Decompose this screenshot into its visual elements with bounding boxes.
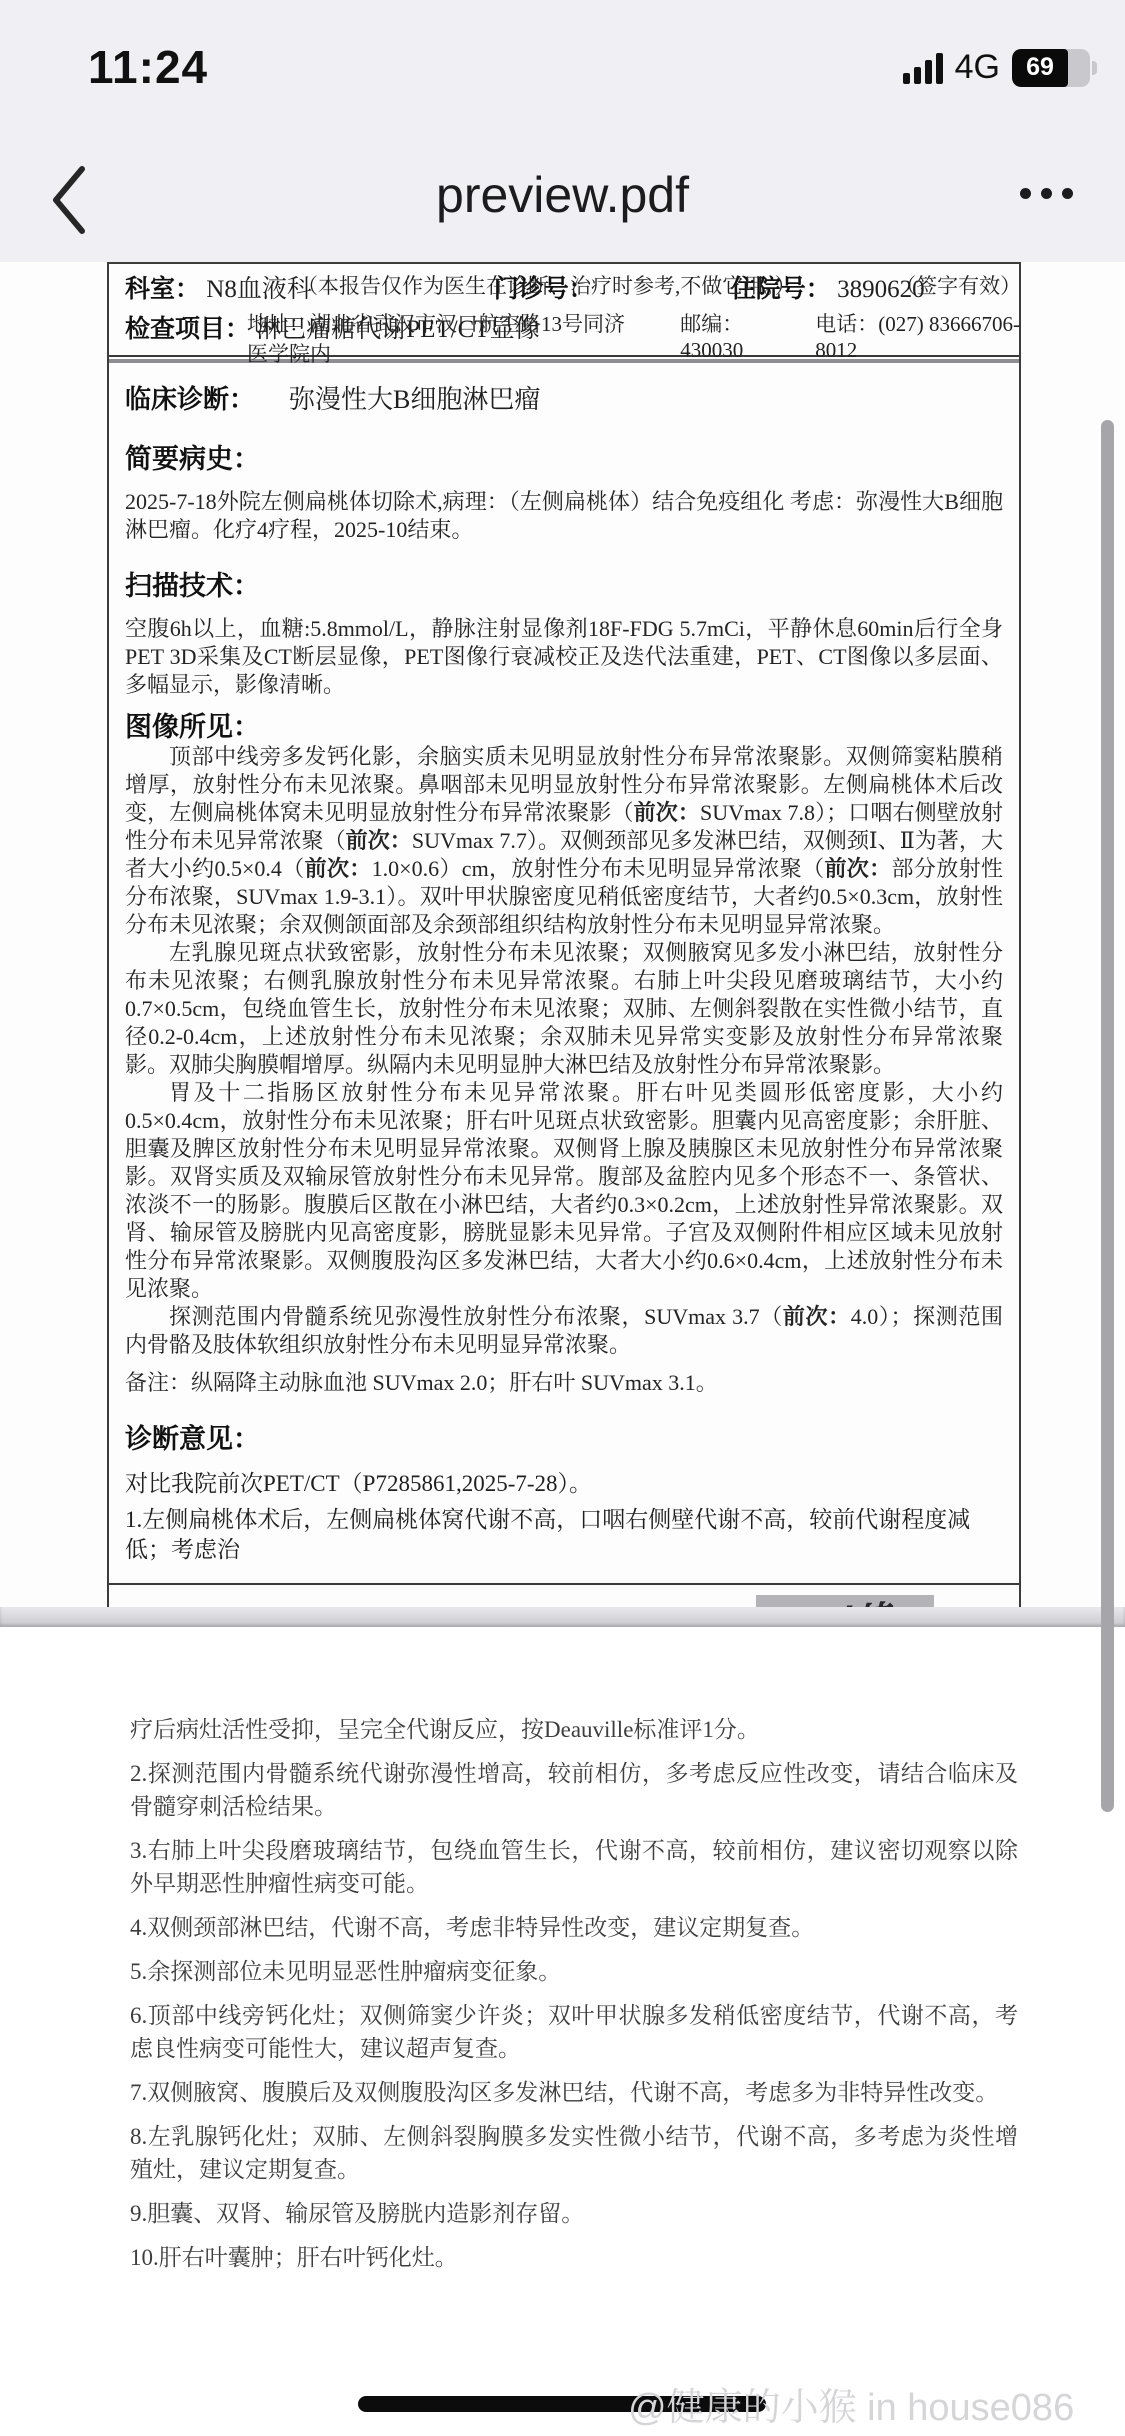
battery-percent: 69 [1026, 53, 1054, 82]
nav-bar: preview.pdf [0, 132, 1125, 262]
sign-off-table: 报告医师： 魏昊 审核医师： 刘芳 报告日期： 11/3/2025 [109, 1583, 1019, 1607]
disclaimer-text: （本报告仅作为医生在诊断、治疗时参考,不做它用。） [297, 270, 795, 300]
cellular-signal-icon [903, 50, 943, 86]
watermark-text: @健康的小猴 in house086 [628, 2376, 1074, 2431]
physician-row: 报告医师： 魏昊 审核医师： 刘芳 [109, 1585, 1019, 1607]
status-bar: 11:24 4G 69 [0, 0, 1125, 132]
clinical-diagnosis-row: 临床诊断： 弥漫性大B细胞淋巴瘤 [125, 383, 1003, 417]
impression-item: 5.余探测部位未见明显恶性肿瘤病变征象。 [130, 1955, 1018, 1988]
disclaimer-row: （本报告仅作为医生在诊断、治疗时参考,不做它用。） （签字有效） [107, 270, 1021, 300]
history-heading: 简要病史： [125, 443, 1003, 475]
impression-item: 8.左乳腺钙化灶；双肺、左侧斜裂胸膜多发实性微小结节，代谢不高，多考虑为炎性增殖… [130, 2120, 1018, 2186]
hospital-address: 地址：湖北省武汉市汉口航空路13号同济医学院内 [247, 308, 632, 368]
clock: 11:24 [88, 40, 208, 94]
impression-item: 9.胆囊、双肾、输尿管及膀胱内造影剂存留。 [130, 2197, 1018, 2230]
findings-paragraph: 顶部中线旁多发钙化影，余脑实质未见明显放射性分布异常浓聚影。双侧筛窦粘膜稍增厚，… [125, 743, 1003, 939]
impression-item: 3.右肺上叶尖段磨玻璃结节，包绕血管生长，代谢不高，较前相仿，建议密切观察以除外… [130, 1834, 1018, 1900]
findings-heading: 图像所见： [125, 711, 1003, 743]
findings-paragraph: 胃及十二指肠区放射性分布未见异常浓聚。肝右叶见类圆形低密度影，大小约0.5×0.… [125, 1079, 1003, 1303]
impression-item: 4.双侧颈部淋巴结，代谢不高，考虑非特异性改变，建议定期复查。 [130, 1911, 1018, 1944]
battery-icon: 69 [1012, 49, 1097, 87]
phone-number: 电话：(027) 83666706-8012 [815, 308, 1021, 368]
technique-text: 空腹6h以上，血糖:5.8mmol/L，静脉注射显像剂18F-FDG 5.7mC… [125, 615, 1003, 699]
pdf-page-1[interactable]: 科室： N8血液科 门诊号： 住院号： 3890620 检查项目： 淋巴瘤糖代谢… [0, 262, 1125, 1607]
impression-item: 7.双侧腋窝、腹膜后及双侧腹股沟区多发淋巴结，代谢不高，考虑多为非特异性改变。 [130, 2076, 1018, 2109]
reviewer-signature-image: 刘芳 [756, 1595, 934, 1607]
network-type-label: 4G [955, 48, 1000, 87]
report-frame: 科室： N8血液科 门诊号： 住院号： 3890620 检查项目： 淋巴瘤糖代谢… [107, 262, 1021, 1607]
hospital-contact-row: 地址：湖北省武汉市汉口航空路13号同济医学院内 邮编：430030 电话：(02… [107, 308, 1021, 368]
impression-continuation-line: 疗后病灶活性受抑，呈完全代谢反应，按Deauville标准评1分。 [130, 1713, 1018, 1746]
signature-valid-note: （签字有效） [895, 270, 1021, 300]
impression-heading: 诊断意见： [125, 1423, 1003, 1455]
status-icons: 4G 69 [903, 48, 1097, 87]
more-options-button[interactable] [1020, 188, 1073, 199]
battery-cap [1092, 61, 1097, 75]
impression-item: 2.探测范围内骨髓系统代谢弥漫性增高，较前相仿，多考虑反应性改变，请结合临床及骨… [130, 1757, 1018, 1823]
screen: 11:24 4G 69 preview.pdf [0, 0, 1125, 2436]
pdf-scrollbar[interactable] [1101, 420, 1114, 1812]
impression-continuation: 疗后病灶活性受抑，呈完全代谢反应，按Deauville标准评1分。 2.探测范围… [130, 1713, 1018, 2285]
findings-note: 备注：纵隔降主动脉血池 SUVmax 2.0；肝右叶 SUVmax 3.1。 [125, 1369, 1003, 1397]
impression-item: 1.左侧扁桃体术后，左侧扁桃体窝代谢不高，口咽右侧壁代谢不高，较前代谢程度减低；… [125, 1505, 1003, 1565]
history-text: 2025-7-18外院左侧扁桃体切除术,病理：（左侧扁桃体）结合免疫组化 考虑：… [125, 488, 1003, 544]
impression-intro: 对比我院前次PET/CT（P7285861,2025-7-28）。 [125, 1469, 1003, 1499]
pdf-page-2[interactable]: 疗后病灶活性受抑，呈完全代谢反应，按Deauville标准评1分。 2.探测范围… [0, 1627, 1125, 2436]
findings-paragraph: 探测范围内骨髓系统见弥漫性放射性分布浓聚，SUVmax 3.7（前次：4.0）；… [125, 1303, 1003, 1359]
technique-heading: 扫描技术： [125, 570, 1003, 602]
document-title: preview.pdf [0, 166, 1125, 224]
postcode: 邮编：430030 [680, 308, 785, 368]
impression-item: 10.肝右叶囊肿；肝右叶钙化灶。 [130, 2241, 1018, 2274]
reviewer-field: 审核医师： 刘芳 [608, 1595, 1003, 1607]
impression-item: 6.顶部中线旁钙化灶；双侧筛窦少许炎；双叶甲状腺多发稍低密度结节，代谢不高，考虑… [130, 1999, 1018, 2065]
clinical-diagnosis-value: 弥漫性大B细胞淋巴瘤 [289, 383, 540, 417]
page-separator [0, 1607, 1125, 1627]
findings-paragraph: 左乳腺见斑点状致密影，放射性分布未见浓聚；双侧腋窝见多发小淋巴结，放射性分布未见… [125, 939, 1003, 1079]
ellipsis-icon [1020, 188, 1031, 199]
